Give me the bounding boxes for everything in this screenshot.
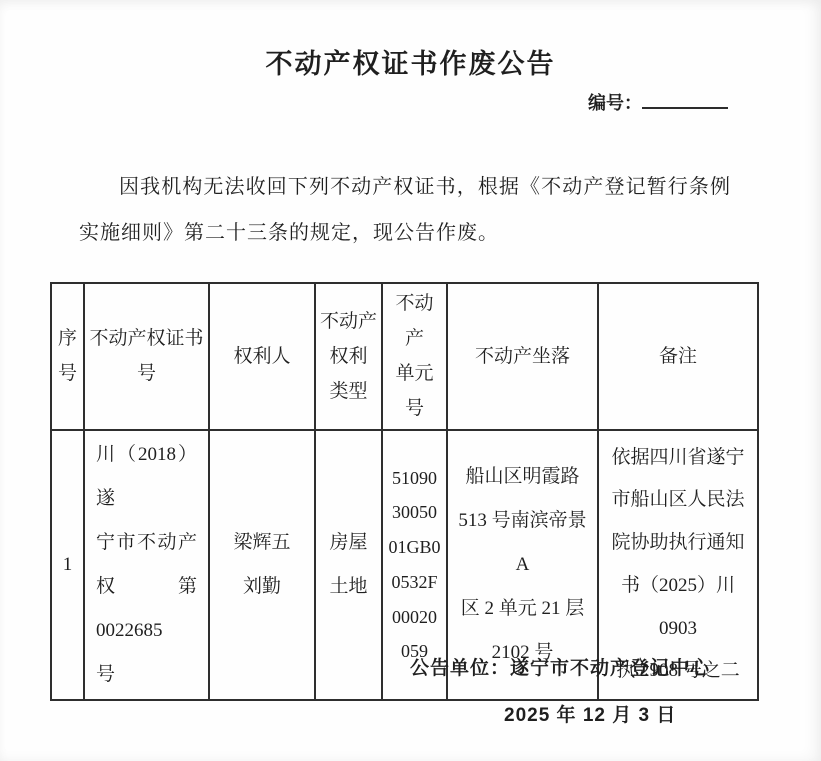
header-certificate-no: 不动产权证书 号 bbox=[84, 283, 209, 430]
footer-unit: 公告单位：遂宁市不动产登记中心 bbox=[410, 653, 710, 680]
serial-label: 编号： bbox=[588, 93, 642, 113]
header-index: 序 号 bbox=[51, 283, 84, 430]
cell-index: 1 bbox=[51, 430, 84, 700]
header-location: 不动产坐落 bbox=[447, 283, 598, 430]
page-title: 不动产权证书作废公告 bbox=[0, 42, 821, 81]
body-paragraph: 因我机构无法收回下列不动产权证书，根据《不动产登记暂行条例实施细则》第二十三条的… bbox=[79, 164, 731, 257]
header-unit-no: 不动产 单元 号 bbox=[382, 283, 447, 430]
header-remark: 备注 bbox=[598, 283, 758, 430]
footer-date: 2025 年 12 月 3 日 bbox=[504, 700, 676, 727]
serial-blank-line bbox=[642, 91, 728, 109]
header-holder: 权利人 bbox=[209, 283, 315, 430]
cell-certificate-no: 川（2018）遂 宁市不动产 权第 0022685 号 bbox=[84, 430, 209, 700]
cell-right-type: 房屋 土地 bbox=[315, 430, 382, 700]
header-right-type: 不动产 权利 类型 bbox=[315, 283, 382, 430]
cell-holder: 梁辉五 刘勤 bbox=[209, 430, 315, 700]
cancellation-table: 序 号 不动产权证书 号 权利人 不动产 权利 类型 不动产 单元 号 不动产坐… bbox=[50, 282, 759, 701]
table-header-row: 序 号 不动产权证书 号 权利人 不动产 权利 类型 不动产 单元 号 不动产坐… bbox=[51, 283, 758, 430]
serial-block: 编号： bbox=[588, 89, 728, 115]
document-page: 不动产权证书作废公告 编号： 因我机构无法收回下列不动产权证书，根据《不动产登记… bbox=[0, 0, 821, 761]
